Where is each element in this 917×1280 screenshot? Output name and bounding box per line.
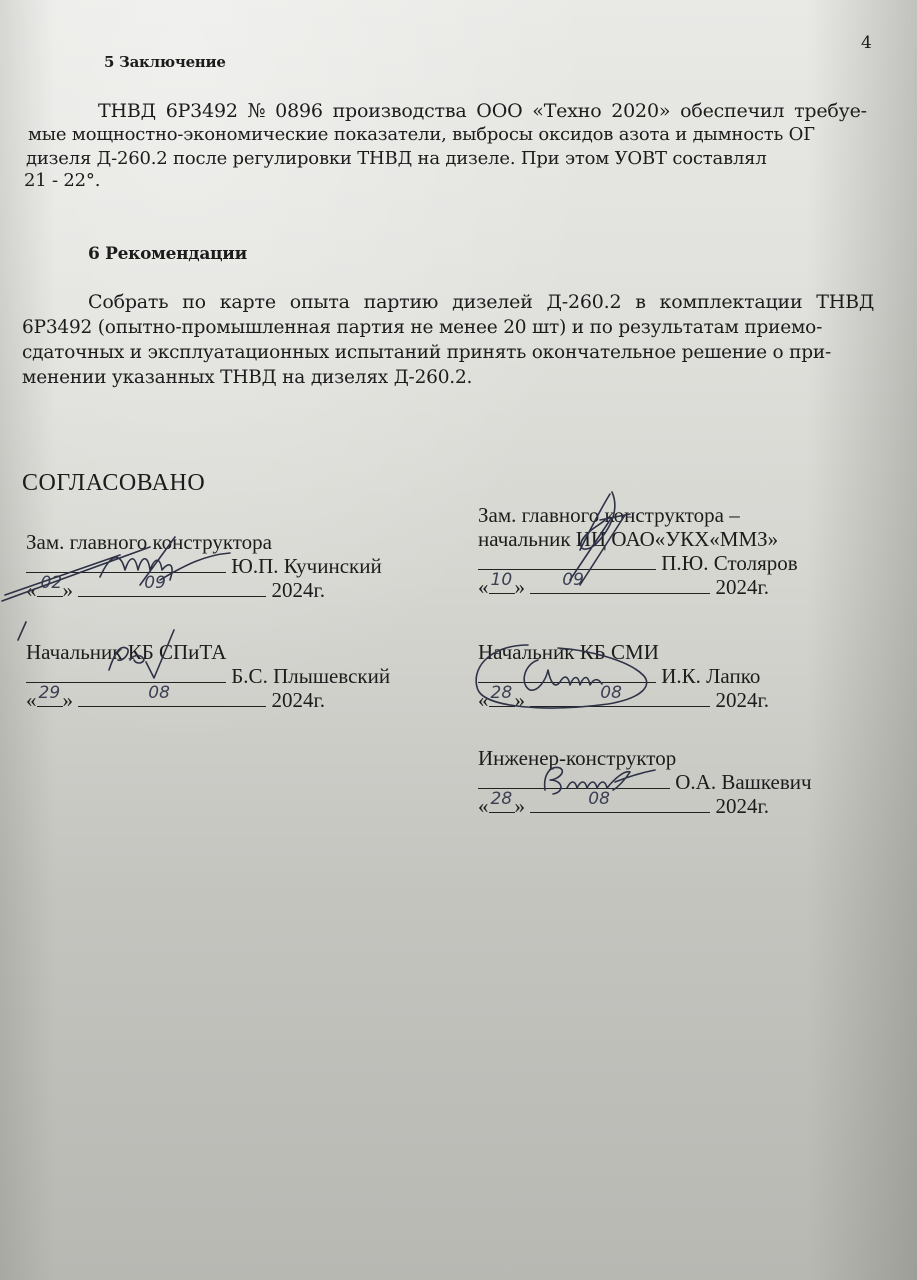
date-day: 28: [491, 681, 513, 705]
signatory-block: Зам. главного конструктора Ю.П. Кучински…: [26, 530, 382, 602]
date-line: «28» 08 2024г.: [478, 688, 769, 712]
date-day: 10: [491, 568, 513, 592]
signatory-position: Инженер-конструктор: [478, 746, 812, 770]
date-day-field: 28: [489, 688, 515, 707]
date-month-field: 08: [78, 688, 266, 707]
section-6-line: сдаточных и эксплуатационных испытаний п…: [22, 342, 831, 363]
date-year: 2024г.: [716, 794, 770, 818]
date-line: «29» 08 2024г.: [26, 688, 390, 712]
date-month-field: 08: [530, 794, 710, 813]
section-5-line: дизеля Д-260.2 после регулировки ТНВД на…: [26, 148, 767, 169]
date-month: 08: [588, 787, 610, 811]
section-6-line: 6Р3492 (опытно-промышленная партия не ме…: [22, 317, 822, 338]
signatory-position: Зам. главного конструктора: [26, 530, 382, 554]
date-day-field: 29: [37, 688, 63, 707]
date-year: 2024г.: [716, 575, 770, 599]
date-month: 09: [562, 568, 584, 592]
section-5-line: ТНВД 6Р3492 № 0896 производства ООО «Тех…: [98, 100, 867, 122]
date-day-field: 02: [37, 578, 63, 597]
signatory-name: О.А. Вашкевич: [675, 770, 811, 794]
approval-title: СОГЛАСОВАНО: [22, 470, 205, 497]
signature-line: П.Ю. Столяров: [478, 551, 798, 575]
signatory-position: Начальник КБ СПиТА: [26, 640, 390, 664]
section-5-line: мые мощностно-экономические показатели, …: [28, 124, 815, 145]
signatory-block: Зам. главного конструктора – начальник И…: [478, 503, 798, 599]
section-5-line: 21 - 22°.: [24, 170, 100, 191]
date-month-field: 08: [530, 688, 710, 707]
date-month-field: 09: [78, 578, 266, 597]
date-year: 2024г.: [716, 688, 770, 712]
date-line: «10» 09 2024г.: [478, 575, 798, 599]
signatory-block: Начальник КБ СПиТА Б.С. Плышевский «29» …: [26, 640, 390, 712]
date-month-field: 09: [530, 575, 710, 594]
signatory-position: начальник ИЦ ОАО«УКХ«ММЗ»: [478, 527, 798, 551]
date-day: 29: [39, 681, 61, 705]
date-year: 2024г.: [272, 578, 326, 602]
signature-line: Б.С. Плышевский: [26, 664, 390, 688]
date-month: 09: [144, 571, 166, 595]
date-line: «28» 08 2024г.: [478, 794, 812, 818]
signature-line: Ю.П. Кучинский: [26, 554, 382, 578]
signatory-name: Б.С. Плышевский: [231, 664, 390, 688]
section-6-line: менении указанных ТНВД на дизелях Д-260.…: [22, 367, 472, 388]
date-line: «02» 09 2024г.: [26, 578, 382, 602]
date-day: 02: [41, 571, 63, 595]
signature-line: И.К. Лапко: [478, 664, 769, 688]
date-day-field: 28: [489, 794, 515, 813]
section-6-heading: 6 Рекомендации: [88, 244, 247, 264]
section-6-line: Собрать по карте опыта партию дизелей Д-…: [88, 291, 874, 313]
signatory-name: И.К. Лапко: [661, 664, 760, 688]
page-number: 4: [861, 33, 872, 53]
signatory-block: Инженер-конструктор О.А. Вашкевич «28» 0…: [478, 746, 812, 818]
signature-line: О.А. Вашкевич: [478, 770, 812, 794]
signatory-block: Начальник КБ СМИ И.К. Лапко «28» 08 2024…: [478, 640, 769, 712]
date-day-field: 10: [489, 575, 515, 594]
date-month: 08: [600, 681, 622, 705]
date-day: 28: [491, 787, 513, 811]
signatory-position: Начальник КБ СМИ: [478, 640, 769, 664]
signatory-name: Ю.П. Кучинский: [231, 554, 381, 578]
section-5-heading: 5 Заключение: [104, 53, 226, 71]
date-month: 08: [148, 681, 170, 705]
signatory-name: П.Ю. Столяров: [661, 551, 797, 575]
date-year: 2024г.: [272, 688, 326, 712]
signatory-position: Зам. главного конструктора –: [478, 503, 798, 527]
